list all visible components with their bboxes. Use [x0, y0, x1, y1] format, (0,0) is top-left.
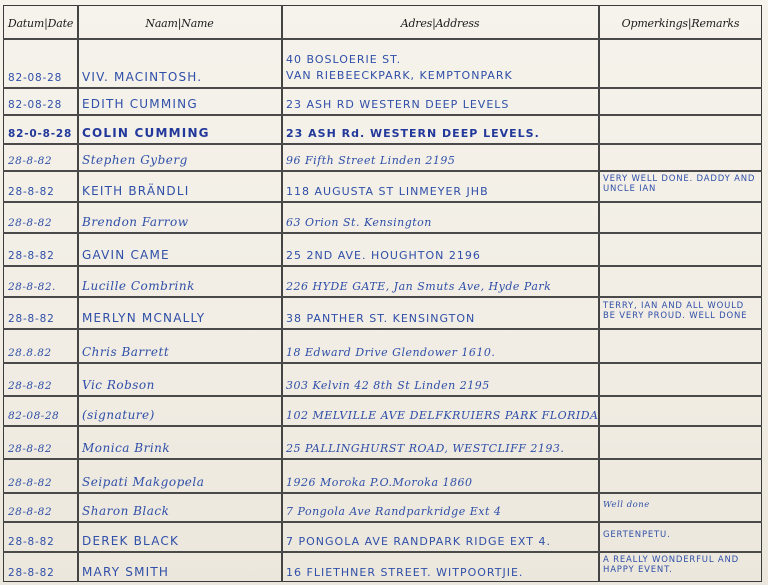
header-date: Datum|Date: [4, 8, 77, 38]
entry-name: Monica Brink: [78, 425, 281, 458]
address-line: 25 2ND AVE. HOUGHTON 2196: [286, 249, 481, 262]
entry-remarks: Well done: [599, 492, 762, 521]
entry-remarks: [599, 328, 762, 362]
entry-remarks: [599, 265, 762, 296]
entry-date: 28-8-82: [4, 551, 77, 582]
entry-name: Chris Barrett: [78, 328, 281, 362]
entry-remarks: [599, 38, 762, 87]
entry-remarks: VERY WELL DONE. DADDY AND UNCLE IAN: [599, 170, 762, 201]
entry-address: 7 PONGOLA AVE RANDPARK RIDGE EXT 4.: [282, 521, 598, 551]
entry-address: 23 ASH Rd. WESTERN DEEP LEVELS.: [282, 114, 598, 143]
entry-name: Vic Robson: [78, 362, 281, 395]
entry-name: COLIN CUMMING: [78, 114, 281, 143]
address-line: 63 Orion St. Kensington: [286, 216, 432, 229]
entry-remarks: TERRY, IAN AND ALL WOULD BE VERY PROUD. …: [599, 296, 762, 328]
entry-address: 1926 Moroka P.O.Moroka 1860: [282, 458, 598, 492]
entry-remarks: [599, 114, 762, 143]
entry-address: 118 AUGUSTA ST LINMEYER JHB: [282, 170, 598, 201]
entry-remarks: [599, 143, 762, 170]
entry-date: 82-0-8-28: [4, 114, 77, 143]
entry-date: 82-08-28: [4, 87, 77, 114]
address-line: 23 ASH Rd. WESTERN DEEP LEVELS.: [286, 127, 540, 140]
entry-address: 16 FLIETHNER STREET. WITPOORTJIE.: [282, 551, 598, 582]
entry-date: 82-08-28: [4, 38, 77, 87]
entry-date: 28-8-82: [4, 170, 77, 201]
entry-name: VIV. MACINTOSH.: [78, 38, 281, 87]
entry-name: GAVIN CAME: [78, 232, 281, 265]
entry-date: 28-8-82: [4, 296, 77, 328]
entry-remarks: GERTENPETU.: [599, 521, 762, 551]
address-line: 25 PALLINGHURST ROAD, WESTCLIFF 2193.: [286, 442, 564, 455]
entry-name: EDITH CUMMING: [78, 87, 281, 114]
entry-remarks: [599, 87, 762, 114]
entry-address: 7 Pongola Ave Randparkridge Ext 4: [282, 492, 598, 521]
address-line: 102 MELVILLE AVE DELFKRUIERS PARK FLORID…: [286, 409, 598, 422]
entry-address: 38 PANTHER ST. KENSINGTON: [282, 296, 598, 328]
entry-remarks: [599, 232, 762, 265]
entry-address: 102 MELVILLE AVE DELFKRUIERS PARK FLORID…: [282, 395, 598, 425]
entry-date: 28-8-82: [4, 492, 77, 521]
entry-address: 25 PALLINGHURST ROAD, WESTCLIFF 2193.: [282, 425, 598, 458]
entry-address: 226 HYDE GATE, Jan Smuts Ave, Hyde Park: [282, 265, 598, 296]
header-name: Naam|Name: [78, 8, 281, 38]
address-line: 7 PONGOLA AVE RANDPARK RIDGE EXT 4.: [286, 535, 551, 548]
entry-date: 28-8-82: [4, 425, 77, 458]
entry-address: 96 Fifth Street Linden 2195: [282, 143, 598, 170]
address-line: 23 ASH RD WESTERN DEEP LEVELS: [286, 98, 509, 111]
entry-date: 28-8-82: [4, 362, 77, 395]
entry-address: 303 Kelvin 42 8th St Linden 2195: [282, 362, 598, 395]
address-line: 18 Edward Drive Glendower 1610.: [286, 346, 495, 359]
entry-remarks: [599, 362, 762, 395]
entry-date: 28-8-82: [4, 143, 77, 170]
entry-remarks: A REALLY WONDERFUL AND HAPPY EVENT.: [599, 551, 762, 582]
entry-address: 23 ASH RD WESTERN DEEP LEVELS: [282, 87, 598, 114]
entry-date: 28-8-82: [4, 201, 77, 232]
entry-date: 28-8-82.: [4, 265, 77, 296]
entry-name: MARY SMITH: [78, 551, 281, 582]
entry-name: KEITH BRÄNDLI: [78, 170, 281, 201]
entry-address: 25 2ND AVE. HOUGHTON 2196: [282, 232, 598, 265]
address-line: 303 Kelvin 42 8th St Linden 2195: [286, 379, 490, 392]
entry-name: Seipati Makgopela: [78, 458, 281, 492]
address-line: 16 FLIETHNER STREET. WITPOORTJIE.: [286, 566, 523, 579]
address-line: 96 Fifth Street Linden 2195: [286, 154, 455, 167]
entry-remarks: [599, 425, 762, 458]
entry-date: 28-8-82: [4, 458, 77, 492]
entry-date: 28-8-82: [4, 521, 77, 551]
entry-name: (signature): [78, 395, 281, 425]
entry-name: Sharon Black: [78, 492, 281, 521]
address-line: VAN RIEBEECKPARK, KEMPTONPARK: [286, 68, 513, 84]
address-line: 118 AUGUSTA ST LINMEYER JHB: [286, 185, 489, 198]
entry-date: 28.8.82: [4, 328, 77, 362]
entry-name: Brendon Farrow: [78, 201, 281, 232]
address-line: 226 HYDE GATE, Jan Smuts Ave, Hyde Park: [286, 280, 551, 293]
entry-remarks: [599, 458, 762, 492]
address-line: 40 BOSLOERIE ST.: [286, 52, 401, 68]
address-line: 38 PANTHER ST. KENSINGTON: [286, 312, 475, 325]
entry-date: 28-8-82: [4, 232, 77, 265]
entry-address: 63 Orion St. Kensington: [282, 201, 598, 232]
entry-remarks: [599, 201, 762, 232]
address-line: 1926 Moroka P.O.Moroka 1860: [286, 476, 473, 489]
entry-address: 18 Edward Drive Glendower 1610.: [282, 328, 598, 362]
entry-name: DEREK BLACK: [78, 521, 281, 551]
entry-name: Stephen Gyberg: [78, 143, 281, 170]
header-remarks: Opmerkings|Remarks: [599, 8, 762, 38]
entry-name: Lucille Combrink: [78, 265, 281, 296]
register-page: Datum|Date Naam|Name Adres|Address Opmer…: [0, 0, 768, 585]
address-line: 7 Pongola Ave Randparkridge Ext 4: [286, 505, 501, 518]
entry-remarks: [599, 395, 762, 425]
entry-name: MERLYN MCNALLY: [78, 296, 281, 328]
entry-address: 40 BOSLOERIE ST.VAN RIEBEECKPARK, KEMPTO…: [282, 38, 598, 87]
entry-date: 82-08-28: [4, 395, 77, 425]
header-address: Adres|Address: [282, 8, 598, 38]
